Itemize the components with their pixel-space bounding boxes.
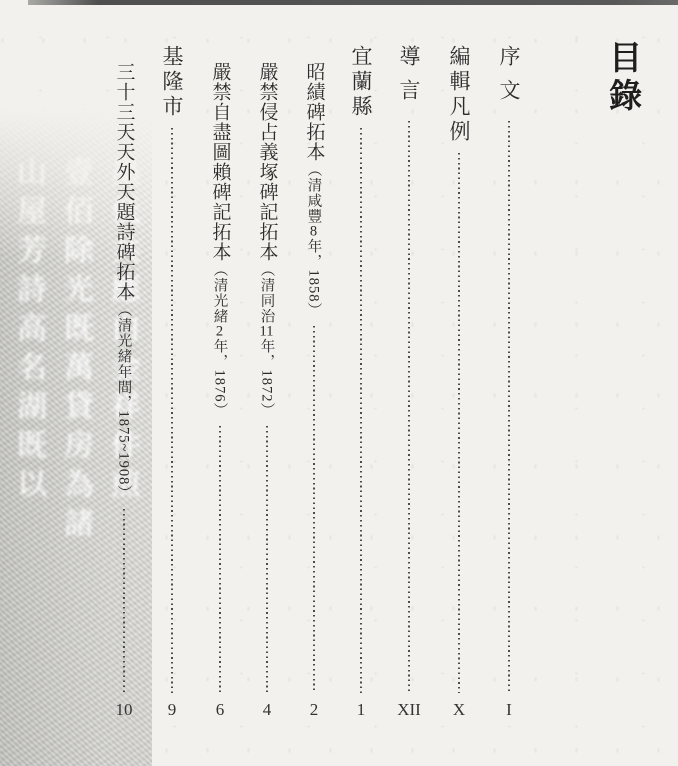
page-number: 1	[357, 698, 366, 722]
entry-label: 宜蘭縣	[346, 45, 376, 120]
leader-line	[171, 128, 173, 693]
book-page: { "title": "目錄", "entries": [ {"name": "…	[0, 0, 678, 766]
toc-entry: 編輯凡例 X	[436, 45, 482, 722]
leader-line	[360, 128, 362, 693]
entry-label: 基隆市	[157, 45, 187, 120]
entry-label: 三十三天天外天題詩碑拓本（清光緒年間，1875~1908）	[111, 45, 138, 501]
entry-label: 編輯凡例	[444, 45, 474, 145]
toc-entry: 導言 XII	[386, 45, 432, 722]
leader-line	[458, 153, 460, 693]
page-number: I	[506, 698, 512, 722]
entry-label: 序文	[494, 45, 524, 113]
toc-entry: 嚴禁侵占義塚碑記拓本（清同治11年，1872） 4	[244, 45, 290, 722]
leader-line	[508, 121, 510, 693]
page-number: 9	[168, 698, 177, 722]
leader-line	[408, 121, 410, 693]
entry-label: 昭績碑拓本（清咸豐8年，1858）	[301, 45, 328, 318]
page-title: 目錄	[599, 40, 646, 116]
entry-label: 嚴禁自盡圖賴碑記拓本（清光緒2年，1876）	[207, 45, 234, 418]
toc-entry: 宜蘭縣 1	[338, 45, 384, 722]
entry-label: 嚴禁侵占義塚碑記拓本（清同治11年，1872）	[254, 45, 281, 418]
leader-line	[219, 426, 221, 693]
page-number: XII	[397, 698, 421, 722]
page-number: 2	[310, 698, 319, 722]
leader-line	[266, 426, 268, 693]
page-number: X	[453, 698, 465, 722]
toc-entry: 嚴禁自盡圖賴碑記拓本（清光緒2年，1876） 6	[197, 45, 243, 722]
toc-entry: 三十三天天外天題詩碑拓本（清光緒年間，1875~1908） 10	[101, 45, 147, 722]
page-number: 10	[116, 698, 133, 722]
toc-entry: 基隆市 9	[149, 45, 195, 722]
page-number: 6	[216, 698, 225, 722]
toc-entry: 序文 I	[486, 45, 532, 722]
entry-label: 導言	[394, 45, 424, 113]
leader-line	[313, 326, 315, 693]
leader-line	[123, 509, 125, 693]
table-of-contents: 目錄 序文 I 編輯凡例 X 導言 XII 宜蘭縣 1 昭績碑拓本（清咸豐8年，…	[0, 0, 678, 766]
page-number: 4	[263, 698, 272, 722]
toc-entry: 昭績碑拓本（清咸豐8年，1858） 2	[291, 45, 337, 722]
